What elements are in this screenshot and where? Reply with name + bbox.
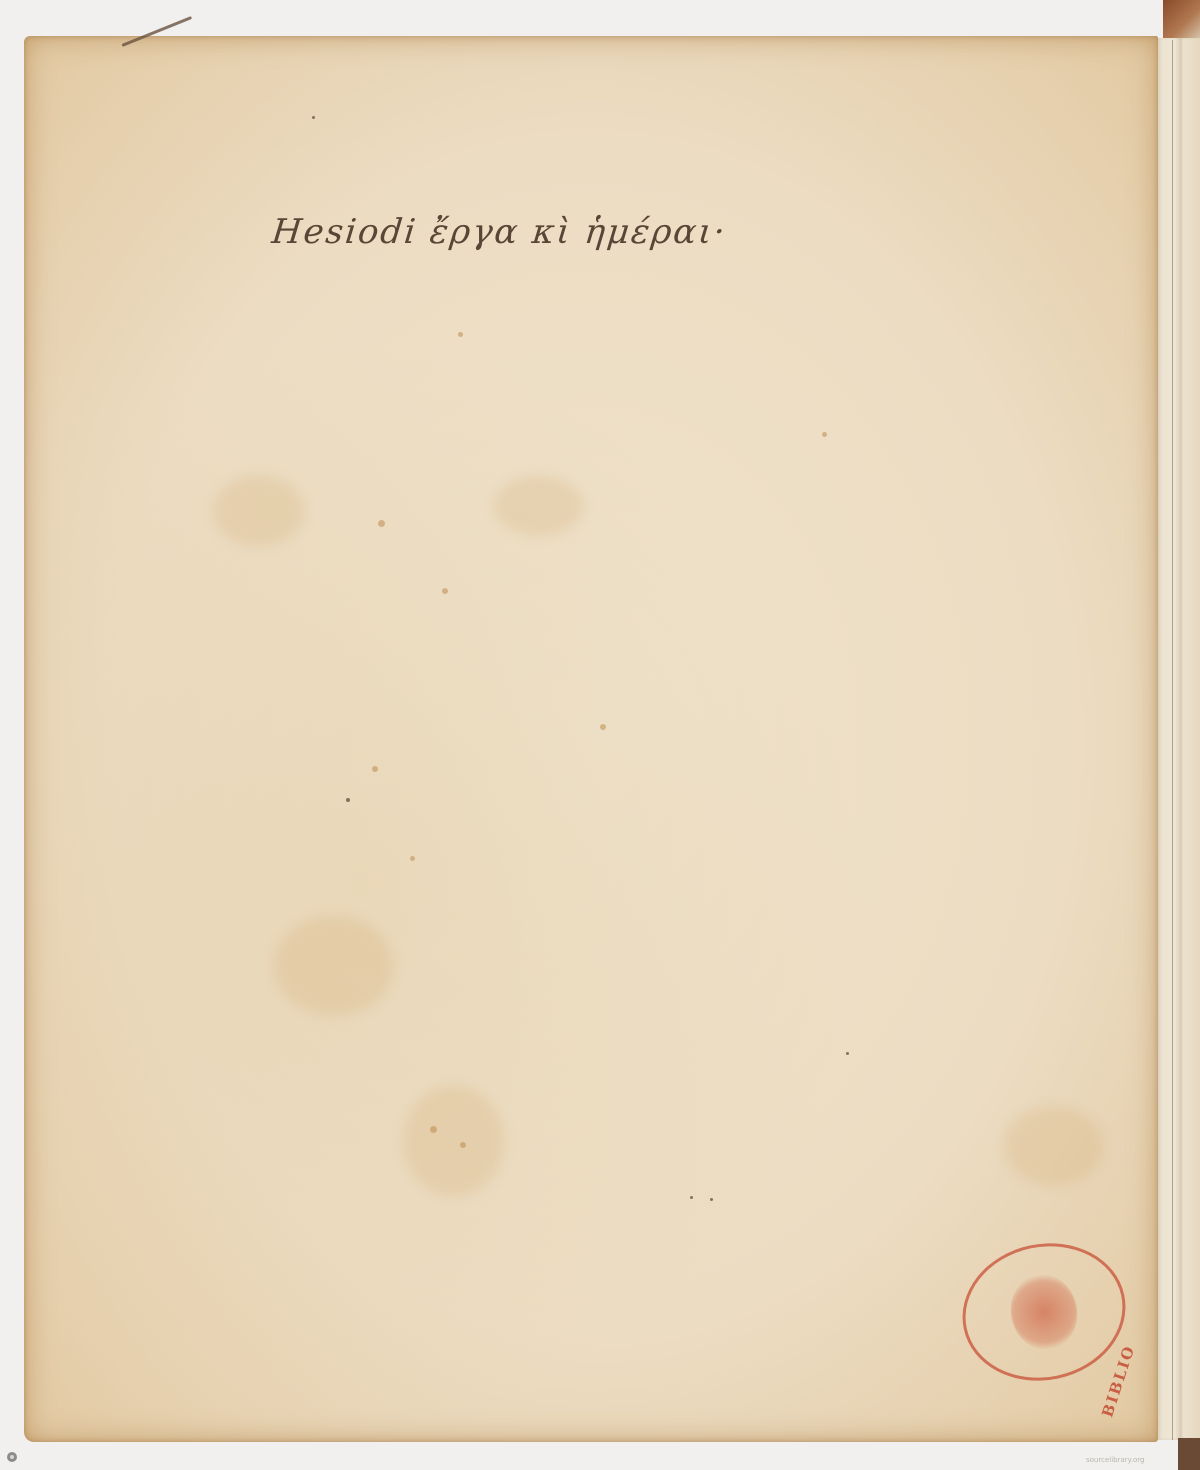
ink-spot [846,1052,849,1055]
ink-spot [312,116,315,119]
ink-spot [378,520,385,527]
book-binding-bottom [1178,1438,1200,1470]
ink-spot [430,1126,437,1133]
ink-spot [600,724,606,730]
library-stamp: BIBLIO [950,1228,1139,1395]
ink-spot [410,856,415,861]
ink-spot [458,332,463,337]
ink-spot [442,588,448,594]
info-icon[interactable] [7,1452,17,1462]
source-watermark: sourcelibrary.org [1086,1456,1144,1464]
book-spine-strip [1158,38,1200,1440]
foxing-stain [274,916,394,1016]
handwritten-inscription: Hesiodi ἔργα κὶ ἡμέραι· [270,212,729,252]
ink-spot [710,1198,713,1201]
stamp-text: BIBLIO [1098,1343,1138,1420]
ink-spot [460,1142,466,1148]
foxing-stain [1004,1106,1104,1186]
stamp-emblem [1004,1268,1084,1356]
foxing-stain [494,476,584,536]
ink-spot [690,1196,693,1199]
ink-spot [346,798,350,802]
book-binding-top [1163,0,1200,38]
ink-spot [372,766,378,772]
ink-spot [822,432,827,437]
foxing-stain [214,476,304,546]
spine-fold-line [1172,40,1173,1440]
foxing-stain [404,1086,504,1196]
